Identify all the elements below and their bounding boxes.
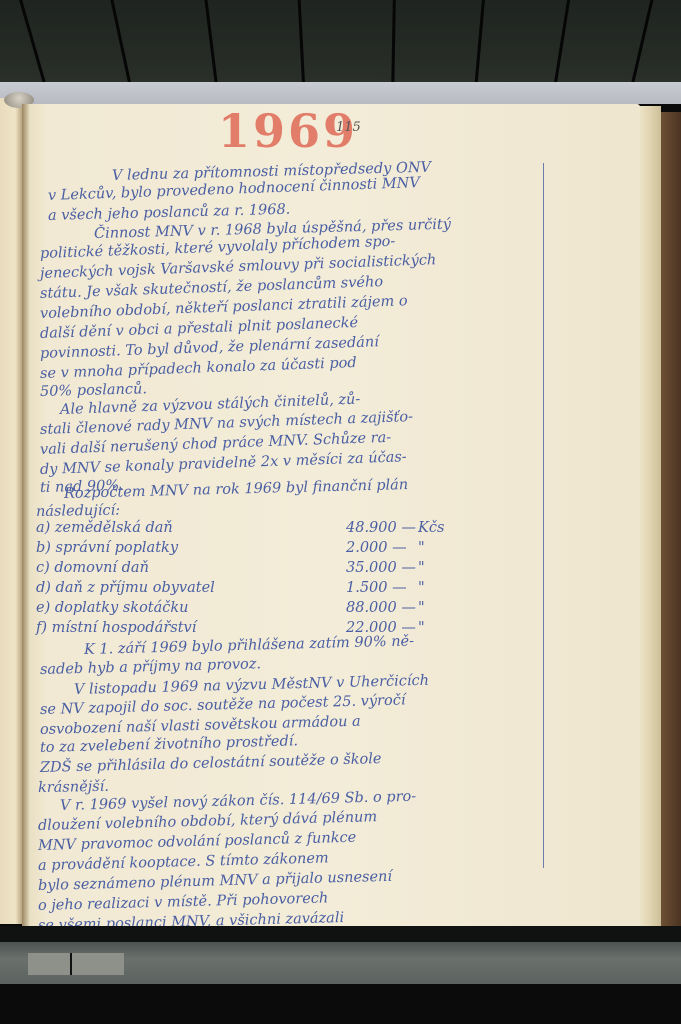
budget-unit: " [418, 620, 425, 636]
budget-unit: " [418, 560, 425, 576]
scanner-label-tab [28, 953, 124, 975]
budget-amount: 48.900 — [346, 520, 416, 536]
shelf-slat [628, 0, 656, 84]
shelf-slat [551, 0, 571, 84]
budget-unit: " [418, 580, 425, 596]
budget-unit: Kčs [418, 520, 444, 536]
shelf-slat [109, 0, 135, 84]
budget-row: b) správní poplatky2.000 —" [36, 540, 506, 556]
page-gutter-shadow [22, 104, 30, 926]
budget-label: c) domovní daň [36, 560, 149, 576]
page-number: 115 [336, 120, 361, 135]
left-page-edge [0, 98, 22, 924]
budget-label: a) zemědělská daň [36, 520, 173, 536]
budget-label: e) doplatky skotáčku [36, 600, 189, 616]
budget-unit: " [418, 600, 425, 616]
shelf-slat [17, 0, 50, 84]
budget-row: e) doplatky skotáčku88.000 —" [36, 600, 506, 616]
scanner-backboard [0, 82, 681, 104]
handwritten-line: následující: [36, 503, 120, 520]
budget-amount: 88.000 — [346, 600, 416, 616]
handwritten-line: krásnější. [38, 779, 109, 796]
budget-label: d) daň z příjmu obyvatel [36, 580, 215, 596]
budget-amount: 1.500 — [346, 580, 407, 596]
shelf-slat [391, 0, 396, 84]
budget-amount: 2.000 — [346, 540, 407, 556]
shelf-background [0, 0, 681, 84]
margin-rule [543, 163, 544, 868]
budget-row: c) domovní daň35.000 —" [36, 560, 506, 576]
handwritten-line: 50% poslanců. [40, 381, 147, 400]
budget-row: d) daň z příjmu obyvatel1.500 —" [36, 580, 506, 596]
budget-unit: " [418, 540, 425, 556]
shelf-slat [203, 0, 219, 84]
budget-label: f) místní hospodářství [36, 620, 196, 636]
budget-amount: 35.000 — [346, 560, 416, 576]
scanner-tab-mark [70, 953, 72, 975]
budget-row: a) zemědělská daň48.900 —Kčs [36, 520, 506, 536]
budget-row: f) místní hospodářství22.000 —" [36, 620, 506, 636]
budget-label: b) správní poplatky [36, 540, 178, 556]
shelf-slat [473, 0, 486, 84]
shelf-slat [297, 0, 306, 84]
